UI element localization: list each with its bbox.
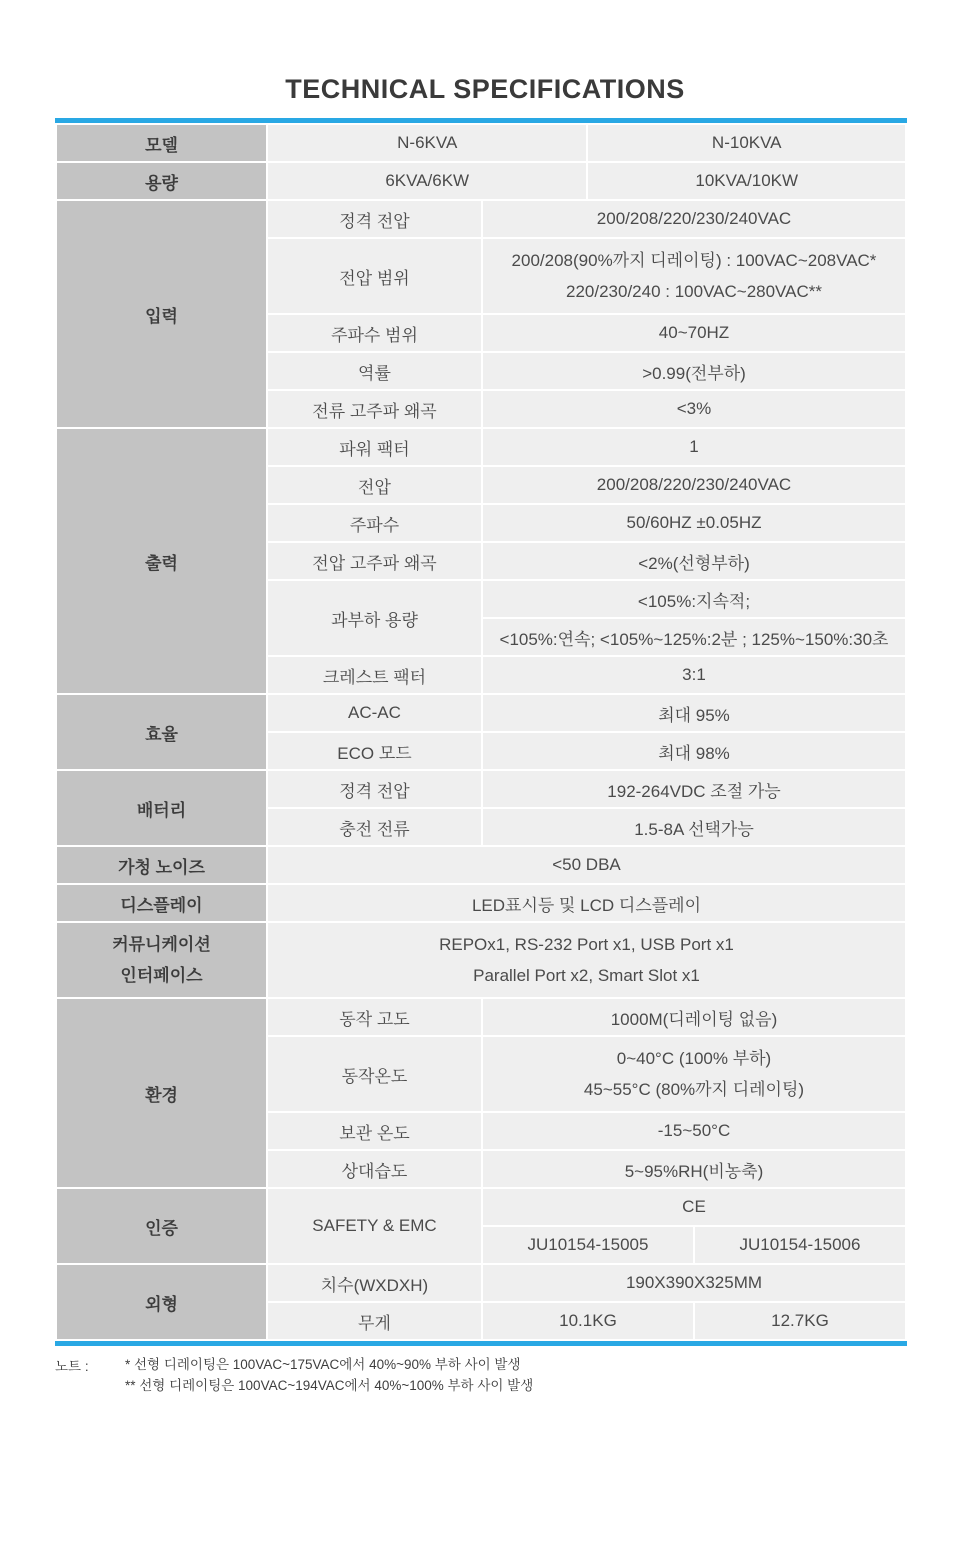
efficiency-acac-value: 최대 95% xyxy=(483,695,905,731)
category-noise: 가청 노이즈 xyxy=(57,847,266,883)
efficiency-eco-value: 최대 98% xyxy=(483,733,905,769)
capacity-value-6kva: 6KVA/6KW xyxy=(268,163,586,199)
row-communication: 커뮤니케이션 인터페이스 REPOx1, RS-232 Port x1, USB… xyxy=(57,923,905,997)
note-lines: * 선형 디레이팅은 100VAC~175VAC에서 40%~90% 부하 사이… xyxy=(125,1355,533,1397)
notes-section: 노트 : * 선형 디레이팅은 100VAC~175VAC에서 40%~90% … xyxy=(55,1355,970,1397)
input-rated-voltage-label: 정격 전압 xyxy=(268,201,481,237)
output-crest-factor-label: 크레스트 팩터 xyxy=(268,657,481,693)
dimensions-weight-n6kva: 10.1KG xyxy=(483,1303,693,1339)
output-voltage-value: 200/208/220/230/240VAC xyxy=(483,467,905,503)
row-display: 디스플레이 LED표시등 및 LCD 디스플레이 xyxy=(57,885,905,921)
output-voltage-thd-value: <2%(선형부하) xyxy=(483,543,905,579)
input-current-thd-value: <3% xyxy=(483,391,905,427)
row-certification-ce: 인증 SAFETY & EMC CE xyxy=(57,1189,905,1225)
env-op-temp-line2: 45~55°C (80%까지 디레이팅) xyxy=(489,1074,899,1105)
spec-table: 모델 N-6KVA N-10KVA 용량 6KVA/6KW 10KVA/10KW… xyxy=(55,123,907,1341)
input-current-thd-label: 전류 고주파 왜곡 xyxy=(268,391,481,427)
output-power-factor-label: 파워 팩터 xyxy=(268,429,481,465)
output-crest-factor-value: 3:1 xyxy=(483,657,905,693)
category-certification: 인증 xyxy=(57,1189,266,1263)
battery-charge-current-label: 충전 전류 xyxy=(268,809,481,845)
input-voltage-range-line2: 220/230/240 : 100VAC~280VAC** xyxy=(489,276,899,307)
certification-number-n10kva: JU10154-15006 xyxy=(695,1227,905,1263)
category-efficiency: 효율 xyxy=(57,695,266,769)
env-humidity-label: 상대습도 xyxy=(268,1151,481,1187)
env-storage-temp-label: 보관 온도 xyxy=(268,1113,481,1149)
output-overload-value-line1: <105%:지속적; xyxy=(483,581,905,617)
note-line-2: ** 선형 디레이팅은 100VAC~194VAC에서 40%~100% 부하 … xyxy=(125,1376,533,1397)
row-env-altitude: 환경 동작 고도 1000M(디레이팅 없음) xyxy=(57,999,905,1035)
input-voltage-range-line1: 200/208(90%까지 디레이팅) : 100VAC~208VAC* xyxy=(489,245,899,276)
category-output: 출력 xyxy=(57,429,266,693)
notes-label: 노트 : xyxy=(55,1355,125,1397)
row-dimensions-size: 외형 치수(WXDXH) 190X390X325MM xyxy=(57,1265,905,1301)
row-efficiency-acac: 효율 AC-AC 최대 95% xyxy=(57,695,905,731)
display-value: LED표시등 및 LCD 디스플레이 xyxy=(268,885,905,921)
model-value-n6kva: N-6KVA xyxy=(268,125,586,161)
dimensions-size-value: 190X390X325MM xyxy=(483,1265,905,1301)
env-altitude-label: 동작 고도 xyxy=(268,999,481,1035)
category-input: 입력 xyxy=(57,201,266,427)
certification-ce-value: CE xyxy=(483,1189,905,1225)
note-line-1: * 선형 디레이팅은 100VAC~175VAC에서 40%~90% 부하 사이… xyxy=(125,1355,533,1376)
category-communication-line1: 커뮤니케이션 xyxy=(63,929,260,960)
spec-table-container: 모델 N-6KVA N-10KVA 용량 6KVA/6KW 10KVA/10KW… xyxy=(55,118,907,1346)
category-display: 디스플레이 xyxy=(57,885,266,921)
communication-value: REPOx1, RS-232 Port x1, USB Port x1 Para… xyxy=(268,923,905,997)
row-model: 모델 N-6KVA N-10KVA xyxy=(57,125,905,161)
category-model: 모델 xyxy=(57,125,266,161)
model-value-n10kva: N-10KVA xyxy=(588,125,905,161)
env-humidity-value: 5~95%RH(비농축) xyxy=(483,1151,905,1187)
capacity-value-10kva: 10KVA/10KW xyxy=(588,163,905,199)
input-power-factor-value: >0.99(전부하) xyxy=(483,353,905,389)
noise-value: <50 DBA xyxy=(268,847,905,883)
certification-safety-emc-label: SAFETY & EMC xyxy=(268,1189,481,1263)
row-input-rated-voltage: 입력 정격 전압 200/208/220/230/240VAC xyxy=(57,201,905,237)
category-dimensions: 외형 xyxy=(57,1265,266,1339)
input-voltage-range-label: 전압 범위 xyxy=(268,239,481,313)
communication-value-line2: Parallel Port x2, Smart Slot x1 xyxy=(274,960,899,991)
page-title: TECHNICAL SPECIFICATIONS xyxy=(0,74,970,105)
output-frequency-label: 주파수 xyxy=(268,505,481,541)
battery-rated-voltage-value: 192-264VDC 조절 가능 xyxy=(483,771,905,807)
dimensions-weight-label: 무게 xyxy=(268,1303,481,1339)
output-voltage-thd-label: 전압 고주파 왜곡 xyxy=(268,543,481,579)
category-communication: 커뮤니케이션 인터페이스 xyxy=(57,923,266,997)
battery-rated-voltage-label: 정격 전압 xyxy=(268,771,481,807)
output-voltage-label: 전압 xyxy=(268,467,481,503)
certification-number-n6kva: JU10154-15005 xyxy=(483,1227,693,1263)
env-op-temp-value: 0~40°C (100% 부하) 45~55°C (80%까지 디레이팅) xyxy=(483,1037,905,1111)
battery-charge-current-value: 1.5-8A 선택가능 xyxy=(483,809,905,845)
category-battery: 배터리 xyxy=(57,771,266,845)
dimensions-size-label: 치수(WXDXH) xyxy=(268,1265,481,1301)
env-op-temp-label: 동작온도 xyxy=(268,1037,481,1111)
input-freq-range-value: 40~70HZ xyxy=(483,315,905,351)
row-noise: 가청 노이즈 <50 DBA xyxy=(57,847,905,883)
output-frequency-value: 50/60HZ ±0.05HZ xyxy=(483,505,905,541)
input-rated-voltage-value: 200/208/220/230/240VAC xyxy=(483,201,905,237)
efficiency-acac-label: AC-AC xyxy=(268,695,481,731)
env-altitude-value: 1000M(디레이팅 없음) xyxy=(483,999,905,1035)
category-communication-line2: 인터페이스 xyxy=(63,960,260,991)
output-overload-label: 과부하 용량 xyxy=(268,581,481,655)
efficiency-eco-label: ECO 모드 xyxy=(268,733,481,769)
dimensions-weight-n10kva: 12.7KG xyxy=(695,1303,905,1339)
bottom-accent-bar xyxy=(55,1341,907,1346)
row-battery-rated-voltage: 배터리 정격 전압 192-264VDC 조절 가능 xyxy=(57,771,905,807)
input-freq-range-label: 주파수 범위 xyxy=(268,315,481,351)
category-environment: 환경 xyxy=(57,999,266,1187)
communication-value-line1: REPOx1, RS-232 Port x1, USB Port x1 xyxy=(274,929,899,960)
row-output-power-factor: 출력 파워 팩터 1 xyxy=(57,429,905,465)
input-power-factor-label: 역률 xyxy=(268,353,481,389)
category-capacity: 용량 xyxy=(57,163,266,199)
input-voltage-range-value: 200/208(90%까지 디레이팅) : 100VAC~208VAC* 220… xyxy=(483,239,905,313)
env-op-temp-line1: 0~40°C (100% 부하) xyxy=(489,1043,899,1074)
output-overload-value-line2: <105%:연속; <105%~125%:2분 ; 125%~150%:30초 xyxy=(483,619,905,655)
output-power-factor-value: 1 xyxy=(483,429,905,465)
env-storage-temp-value: -15~50°C xyxy=(483,1113,905,1149)
row-capacity: 용량 6KVA/6KW 10KVA/10KW xyxy=(57,163,905,199)
